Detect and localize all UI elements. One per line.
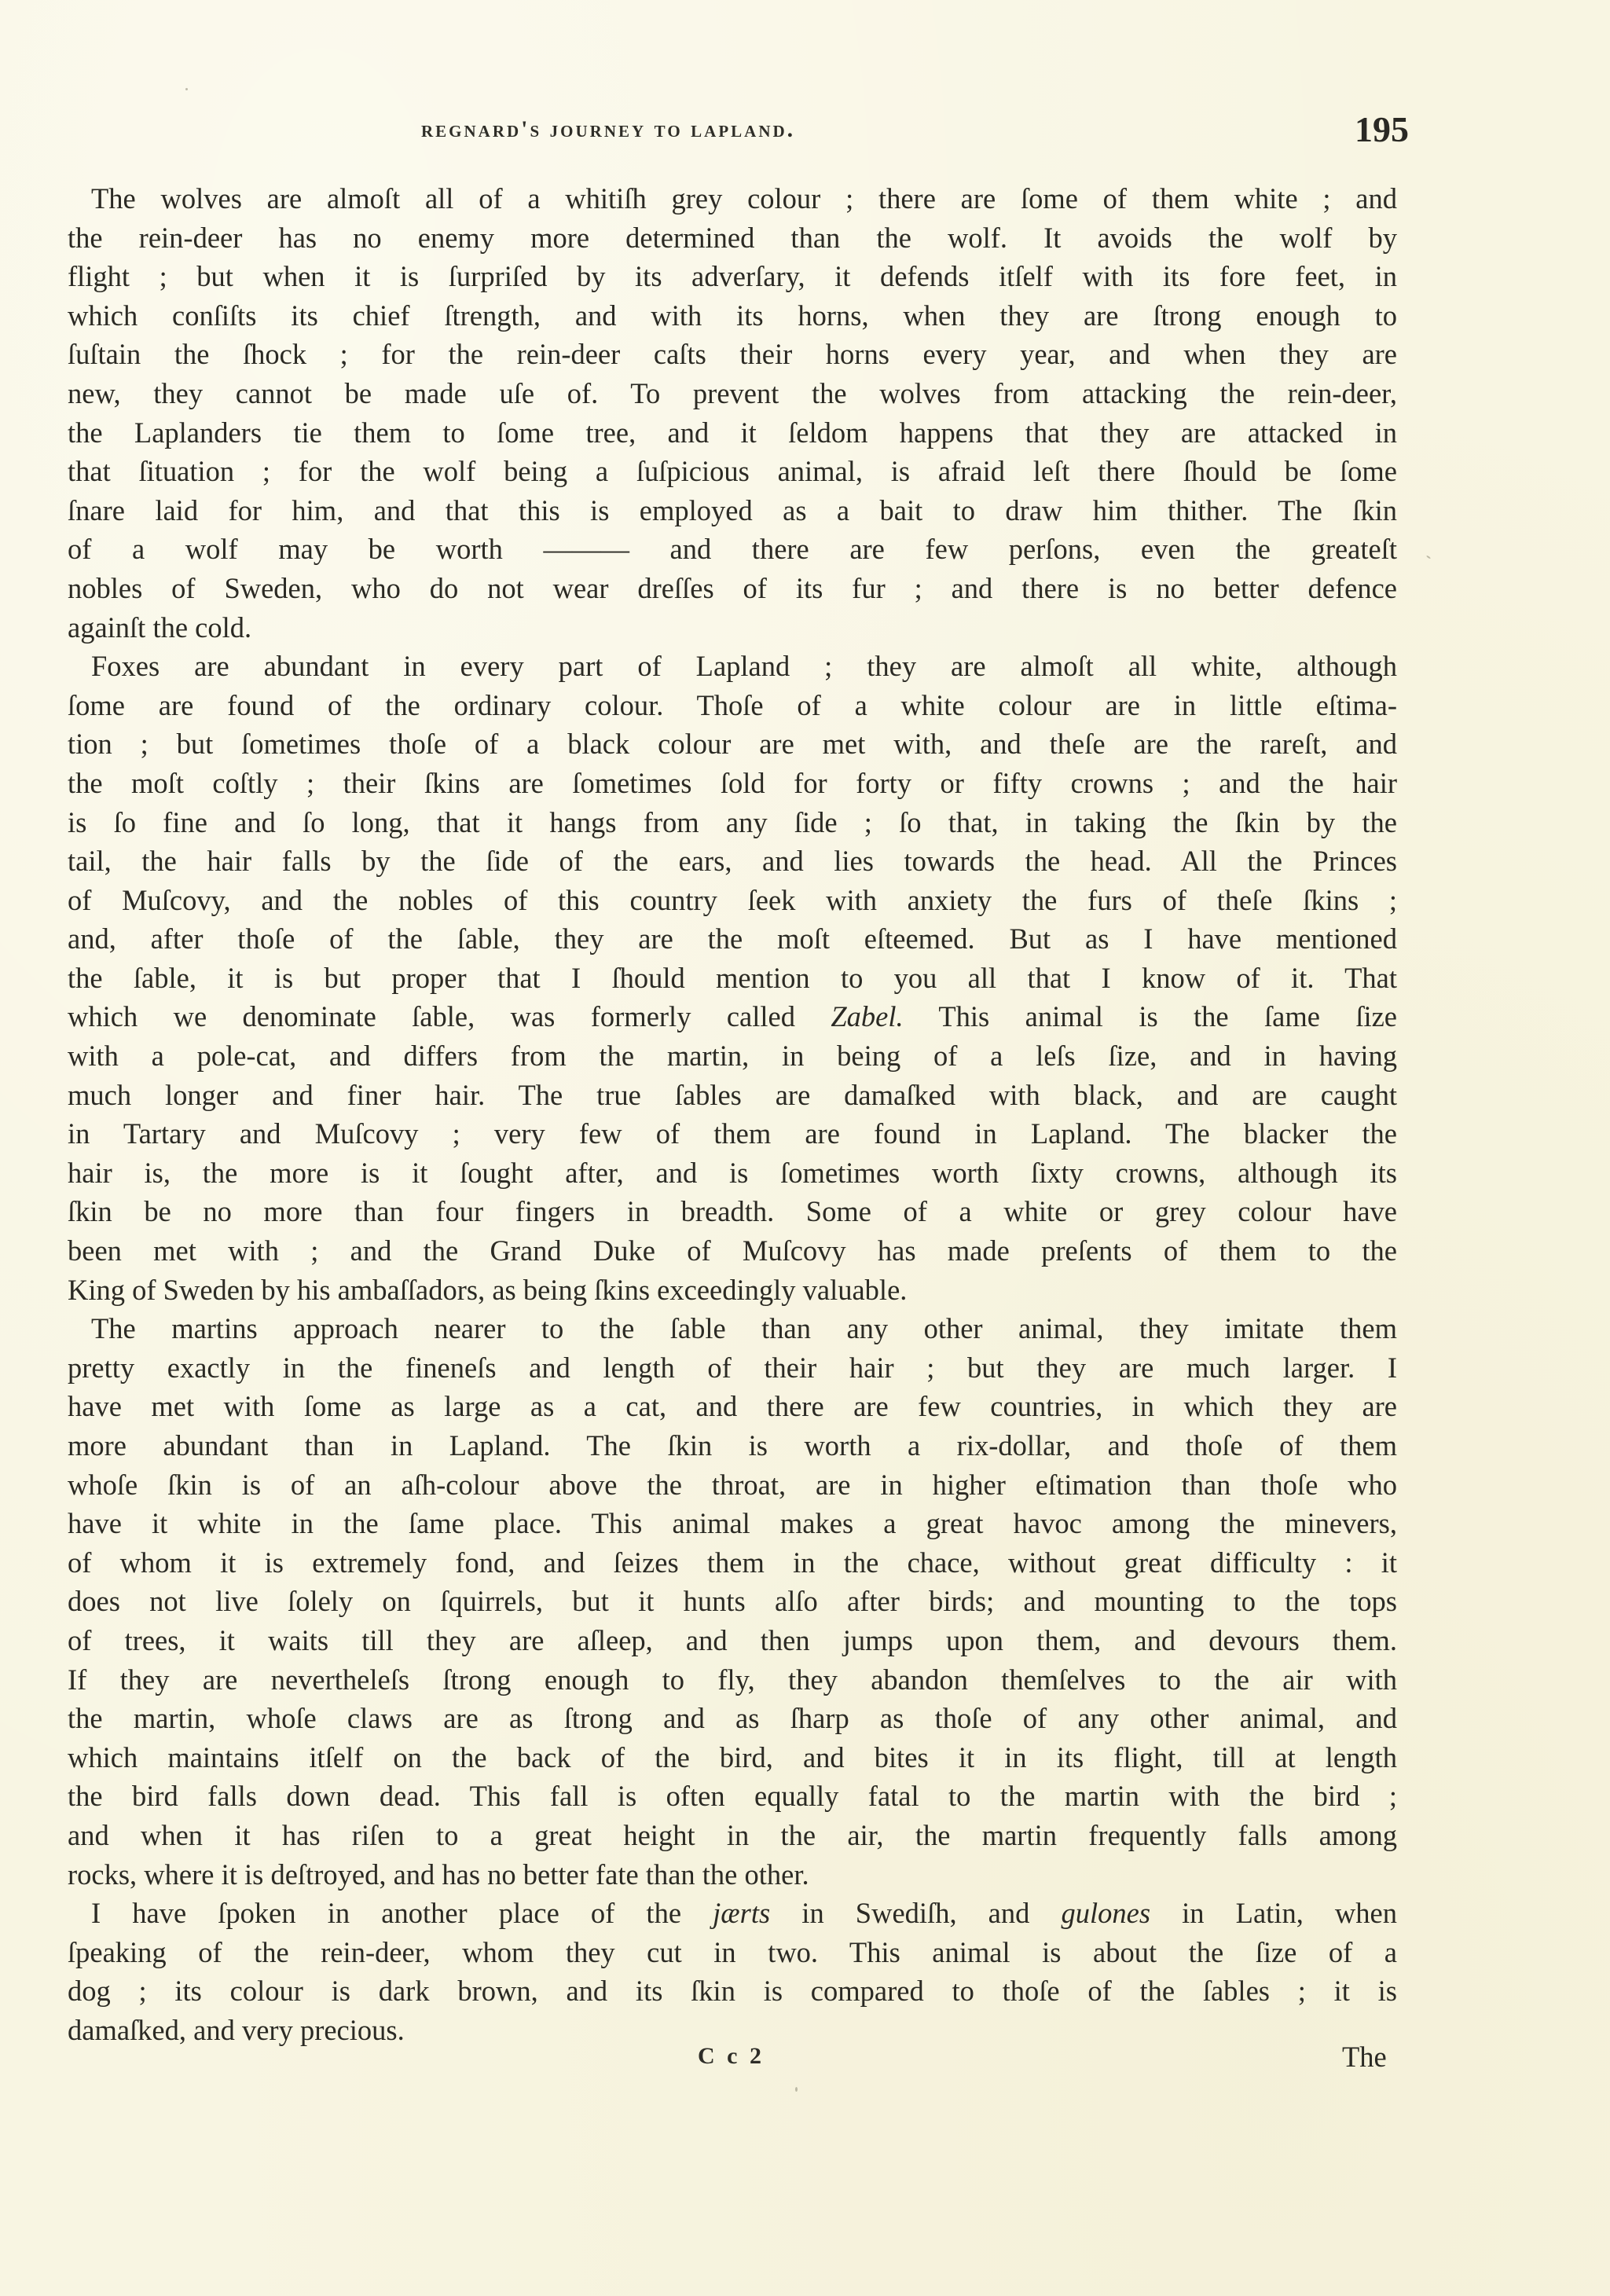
text-line: is ſo fine and ſo long, that it hangs fr… [68, 803, 1397, 842]
text-line: more abundant than in Lapland. The ſkin … [68, 1426, 1397, 1465]
text-line: the moſt coſtly ; their ſkins are ſometi… [68, 764, 1397, 803]
text-line: ſuſtain the ſhock ; for the rein-deer ca… [68, 335, 1397, 374]
body-text: The wolves are almoſt all of a whitiſh g… [68, 179, 1397, 2050]
paper-speck [795, 2087, 798, 2092]
page-number: 195 [1355, 108, 1409, 150]
text-line: Foxes are abundant in every part of Lapl… [68, 647, 1397, 686]
text-segment: in Swediſh, and [770, 1897, 1061, 1929]
text-line: nobles of Sweden, who do not wear dreſſe… [68, 569, 1397, 608]
italic-term: gulones [1062, 1897, 1151, 1929]
book-page: REGNARD'S JOURNEY TO LAPLAND. 195 The wo… [0, 0, 1610, 2296]
text-line: of trees, it waits till they are aſleep,… [68, 1621, 1397, 1660]
text-line: ſome are found of the ordinary colour. T… [68, 686, 1397, 725]
text-segment: in Latin, when [1150, 1897, 1397, 1929]
paper-speck [1426, 555, 1431, 559]
italic-term: jærts [713, 1897, 770, 1929]
catchword: The [1342, 2040, 1387, 2074]
text-line: which we denominate ſable, was formerly … [68, 997, 1397, 1036]
text-line: the rein-deer has no enemy more determin… [68, 218, 1397, 258]
text-line: that ſituation ; for the wolf being a ſu… [68, 452, 1397, 491]
text-line: the ſable, it is but proper that I ſhoul… [68, 959, 1397, 998]
text-line: which maintains itſelf on the back of th… [68, 1738, 1397, 1777]
text-line: I have ſpoken in another place of the jæ… [68, 1894, 1397, 1933]
text-line: have it white in the ſame place. This an… [68, 1504, 1397, 1543]
text-line: of whom it is extremely fond, and ſeizes… [68, 1543, 1397, 1583]
text-line: ſnare laid for him, and that this is emp… [68, 491, 1397, 530]
text-line: been met with ; and the Grand Duke of Mu… [68, 1231, 1397, 1271]
text-line: flight ; but when it is ſurpriſed by its… [68, 257, 1397, 296]
text-line: much longer and finer hair. The true ſab… [68, 1076, 1397, 1115]
text-line: the martin, whoſe claws are as ſtrong an… [68, 1699, 1397, 1738]
text-line: the bird falls down dead. This fall is o… [68, 1777, 1397, 1816]
text-line: King of Sweden by his ambaſſadors, as be… [68, 1271, 1397, 1310]
text-line: If they are nevertheleſs ſtrong enough t… [68, 1660, 1397, 1700]
text-line: tail, the hair falls by the ſide of the … [68, 842, 1397, 881]
text-segment: This animal is the ſame ſize [904, 1000, 1397, 1032]
text-line: whoſe ſkin is of an aſh-colour above the… [68, 1465, 1397, 1505]
text-line: of a wolf may be worth ——— and there are… [68, 530, 1397, 569]
text-line: and, after thoſe of the ſable, they are … [68, 919, 1397, 959]
text-line: have met with ſome as large as a cat, an… [68, 1387, 1397, 1426]
running-title: REGNARD'S JOURNEY TO LAPLAND. [421, 116, 795, 143]
text-line: The martins approach nearer to the ſable… [68, 1309, 1397, 1348]
text-line: dog ; its colour is dark brown, and its … [68, 1971, 1397, 2011]
text-line: pretty exactly in the fineneſs and lengt… [68, 1348, 1397, 1388]
text-line: of Muſcovy, and the nobles of this count… [68, 881, 1397, 920]
text-line: and when it has riſen to a great height … [68, 1816, 1397, 1855]
text-line: tion ; but ſometimes thoſe of a black co… [68, 724, 1397, 764]
text-line: ſpeaking of the rein-deer, whom they cut… [68, 1933, 1397, 1972]
italic-term: Zabel. [831, 1000, 903, 1032]
text-line: which conſiſts its chief ſtrength, and w… [68, 296, 1397, 336]
text-line: with a pole-cat, and differs from the ma… [68, 1036, 1397, 1076]
text-line: The wolves are almoſt all of a whitiſh g… [68, 179, 1397, 218]
text-line: againſt the cold. [68, 608, 1397, 647]
text-line: rocks, where it is deſtroyed, and has no… [68, 1855, 1397, 1894]
text-segment: I have ſpoken in another place of the [91, 1897, 713, 1929]
text-line: the Laplanders tie them to ſome tree, an… [68, 413, 1397, 453]
signature-mark: C c 2 [698, 2043, 765, 2070]
text-line: in Tartary and Muſcovy ; very few of the… [68, 1114, 1397, 1154]
text-line: does not live ſolely on ſquirrels, but i… [68, 1582, 1397, 1621]
text-line: hair is, the more is it ſought after, an… [68, 1154, 1397, 1193]
text-line: ſkin be no more than four fingers in bre… [68, 1192, 1397, 1231]
paper-speck [185, 88, 188, 90]
text-segment: which we denominate ſable, was formerly … [68, 1000, 831, 1032]
text-line: new, they cannot be made uſe of. To prev… [68, 374, 1397, 413]
